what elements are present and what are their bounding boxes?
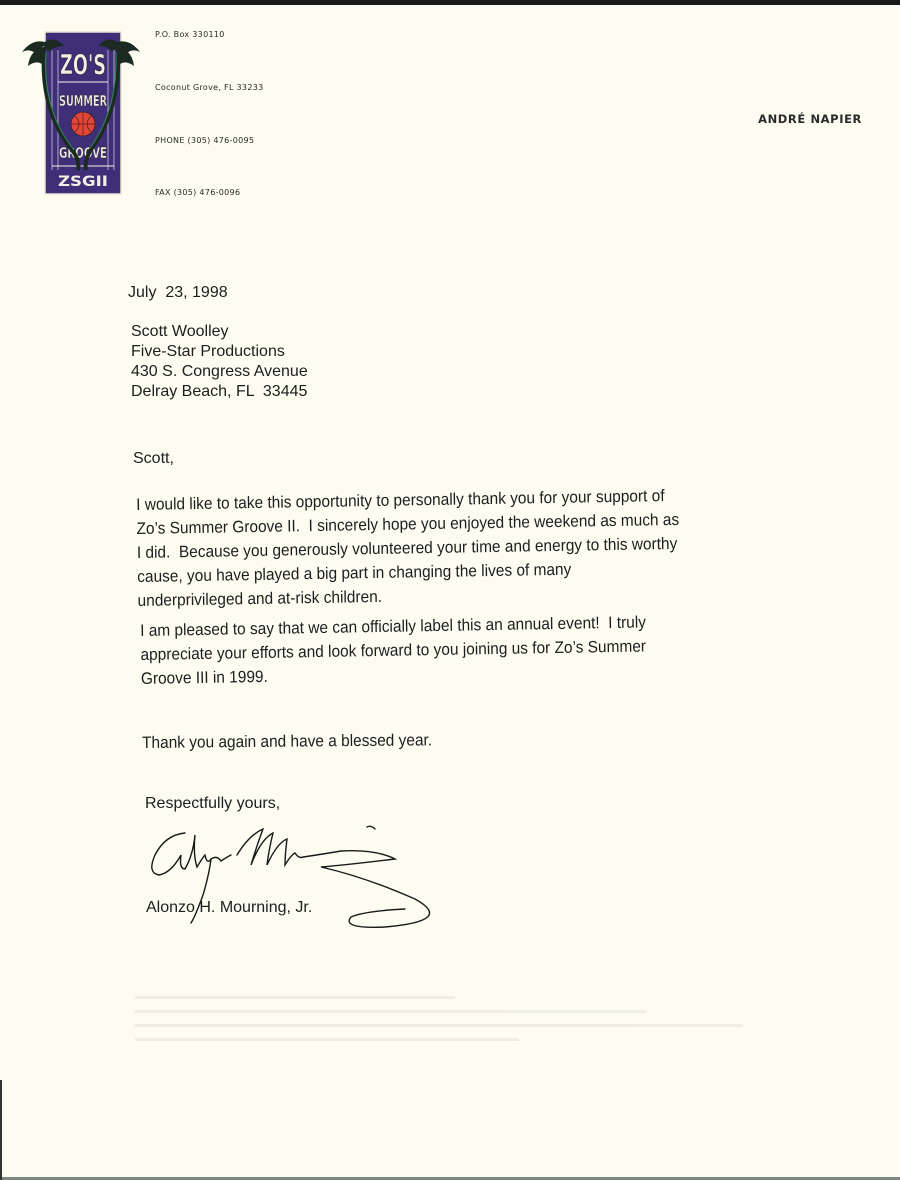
scan-top-edge [0, 0, 900, 5]
recipient-city: Delray Beach, FL 33445 [131, 382, 308, 402]
signoff: Respectfully yours, [145, 795, 280, 813]
svg-text:ZO'S: ZO'S [60, 48, 106, 81]
signature-icon [145, 825, 455, 935]
letter-date: July 23, 1998 [128, 284, 228, 302]
letterhead-phone: PHONE (305) 476-0095 [155, 136, 254, 145]
zsg-logo-icon: ZO'S SUMMER GROOVE ZSGII [20, 30, 142, 196]
signature [145, 825, 455, 935]
svg-text:SUMMER: SUMMER [59, 92, 107, 110]
recipient-company: Five-Star Productions [131, 342, 308, 362]
svg-text:GROOVE: GROOVE [59, 144, 107, 162]
body-paragraph-1: I would like to take this opportunity to… [136, 484, 680, 613]
recipient-street: 430 S. Congress Avenue [131, 362, 308, 382]
svg-text:ZSGII: ZSGII [58, 174, 108, 190]
recipient-name: Scott Woolley [131, 322, 308, 342]
recipient-address: Scott Woolley Five-Star Productions 430 … [131, 322, 308, 402]
sender-name: ANDRÉ NAPIER [758, 112, 862, 126]
reverse-side-bleed-through [135, 985, 775, 1055]
closing-line: Thank you again and have a blessed year. [142, 730, 432, 753]
body-paragraph-2: I am pleased to say that we can official… [140, 610, 647, 691]
scan-left-edge [0, 1080, 2, 1180]
letterhead-po-box: P.O. Box 330110 [155, 30, 225, 39]
letterhead-fax: FAX (305) 476-0096 [155, 188, 240, 197]
signer-name: Alonzo H. Mourning, Jr. [146, 899, 312, 917]
zsg-logo: ZO'S SUMMER GROOVE ZSGII [20, 30, 142, 196]
salutation: Scott, [133, 450, 174, 468]
letterhead-city: Coconut Grove, FL 33233 [155, 83, 264, 92]
